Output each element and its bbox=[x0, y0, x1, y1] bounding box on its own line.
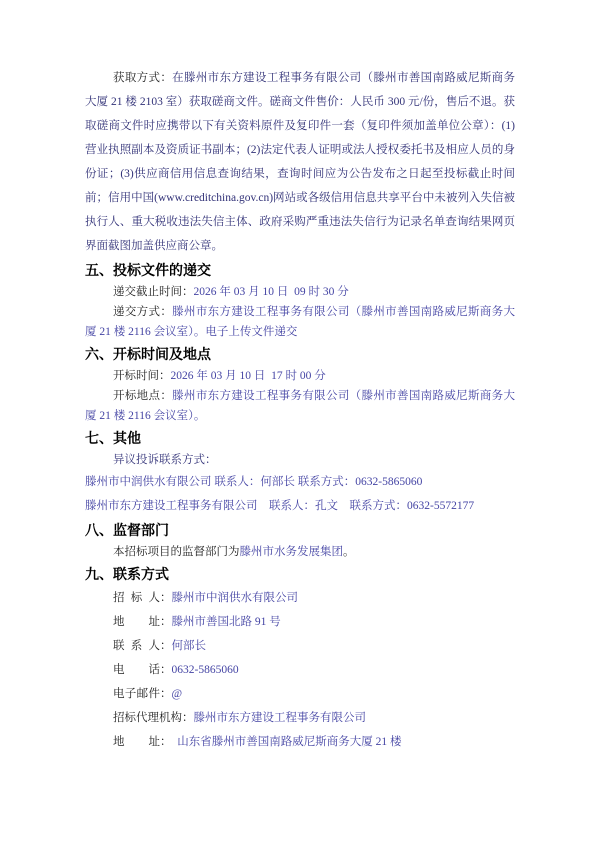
section-8-heading: 八、监督部门 bbox=[85, 519, 515, 541]
supervision-value: 滕州市水务发展集团 bbox=[240, 546, 344, 558]
complaint-contact-intro: 异议投诉联系方式： bbox=[85, 450, 515, 470]
phone-colon: ： bbox=[160, 664, 172, 676]
bid-opening-time-value: 2026 年 03 月 10 日 17 时 00 分 bbox=[171, 370, 326, 382]
phone-value: 0632-5865060 bbox=[172, 664, 239, 676]
phone-label: 电话 bbox=[113, 658, 160, 682]
acquisition-method-text: 在滕州市东方建设工程事务有限公司（滕州市善国南路威尼斯商务大厦 21 楼 210… bbox=[85, 72, 515, 252]
email-value: @ bbox=[172, 688, 183, 700]
email-label: 电子邮件 bbox=[113, 682, 160, 706]
agency-colon: ： bbox=[182, 712, 194, 724]
supervision-suffix: 。 bbox=[343, 546, 355, 558]
section-6-heading: 六、开标时间及地点 bbox=[85, 343, 515, 365]
acquisition-method-paragraph: 获取方式：在滕州市东方建设工程事务有限公司（滕州市善国南路威尼斯商务大厦 21 … bbox=[85, 66, 515, 258]
tenderer-value: 滕州市中润供水有限公司 bbox=[172, 592, 299, 604]
submission-deadline-value: 2026 年 03 月 10 日 09 时 30 分 bbox=[194, 286, 349, 298]
bid-opening-time-label: 开标时间： bbox=[113, 370, 171, 382]
bid-opening-time-row: 开标时间：2026 年 03 月 10 日 17 时 00 分 bbox=[85, 366, 515, 386]
submission-method-label: 递交方式： bbox=[113, 306, 172, 318]
supervision-department-text: 本招标项目的监督部门为滕州市水务发展集团。 bbox=[85, 542, 515, 562]
tenderer-colon: ： bbox=[160, 592, 172, 604]
field-row-agency-address: 地址： 山东省滕州市善国南路威尼斯商务大厦 21 楼 bbox=[85, 730, 515, 754]
submission-deadline-label: 递交截止时间： bbox=[113, 286, 194, 298]
agency-value: 滕州市东方建设工程事务有限公司 bbox=[194, 712, 367, 724]
acquisition-method-label: 获取方式： bbox=[113, 72, 172, 84]
email-colon: ： bbox=[160, 688, 172, 700]
tender-document-page: 获取方式：在滕州市东方建设工程事务有限公司（滕州市善国南路威尼斯商务大厦 21 … bbox=[0, 0, 600, 853]
bid-opening-place-label: 开标地点： bbox=[113, 390, 172, 402]
field-row-phone: 电话：0632-5865060 bbox=[85, 658, 515, 682]
agency-label: 招标代理机构 bbox=[113, 712, 182, 724]
contact-person-value: 何部长 bbox=[172, 640, 207, 652]
section-7-heading: 七、其他 bbox=[85, 427, 515, 449]
agency-address-value: 山东省滕州市善国南路威尼斯商务大厦 21 楼 bbox=[166, 736, 402, 748]
field-row-agency: 招标代理机构：滕州市东方建设工程事务有限公司 bbox=[85, 706, 515, 730]
field-row-email: 电子邮件：@ bbox=[85, 682, 515, 706]
submission-method-row: 递交方式：滕州市东方建设工程事务有限公司（滕州市善国南路威尼斯商务大厦 21 楼… bbox=[85, 302, 515, 342]
contact-person-colon: ： bbox=[160, 640, 172, 652]
supervision-prefix: 本招标项目的监督部门为 bbox=[113, 546, 240, 558]
field-row-tenderer: 招标人：滕州市中润供水有限公司 bbox=[85, 586, 515, 610]
submission-deadline-row: 递交截止时间：2026 年 03 月 10 日 09 时 30 分 bbox=[85, 282, 515, 302]
section-5-heading: 五、投标文件的递交 bbox=[85, 259, 515, 281]
contact-person-label: 联系人 bbox=[113, 634, 160, 658]
address-label: 地址 bbox=[113, 610, 160, 634]
bid-opening-place-row: 开标地点：滕州市东方建设工程事务有限公司（滕州市善国南路威尼斯商务大厦 21 楼… bbox=[85, 386, 515, 426]
agency-address-label: 地址 bbox=[113, 730, 160, 754]
section-9-heading: 九、联系方式 bbox=[85, 563, 515, 585]
field-row-contact-person: 联系人：何部长 bbox=[85, 634, 515, 658]
address-colon: ： bbox=[160, 616, 172, 628]
field-row-address: 地址：滕州市善国北路 91 号 bbox=[85, 610, 515, 634]
address-value: 滕州市善国北路 91 号 bbox=[172, 616, 281, 628]
tenderer-label: 招标人 bbox=[113, 586, 160, 610]
contact-line-zhongrun: 滕州市中润供水有限公司 联系人：何部长 联系方式：0632-5865060 bbox=[85, 470, 515, 494]
contact-line-dongfang: 滕州市东方建设工程事务有限公司 联系人：孔文 联系方式：0632-5572177 bbox=[85, 494, 515, 518]
